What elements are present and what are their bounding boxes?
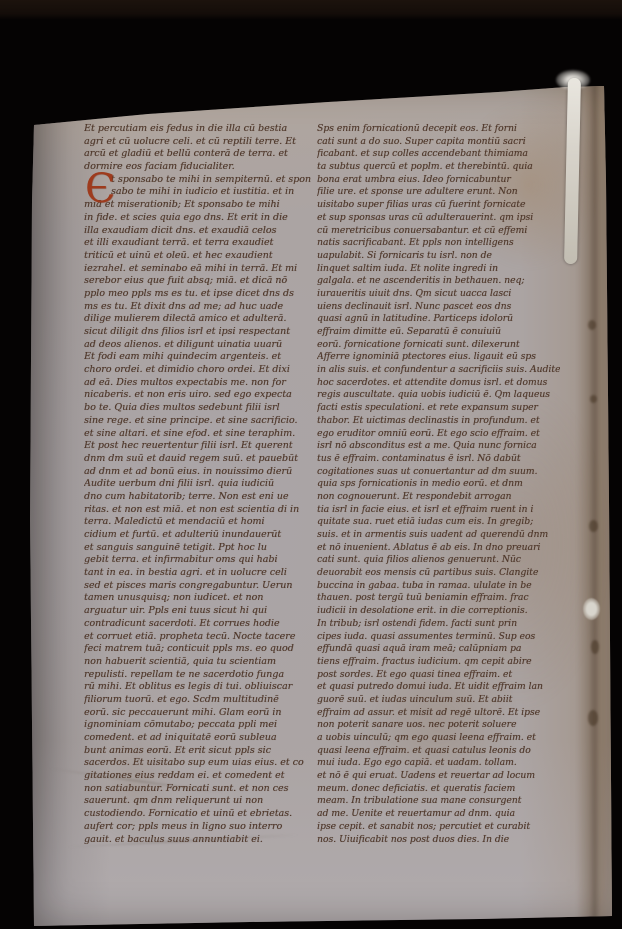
manuscript-text-line: ad me. Uenite et reuertamur ad dnm. quia — [317, 808, 560, 821]
manuscript-text-line: contradicunt sacerdoti. Et corrues hodie — [84, 618, 318, 631]
manuscript-text-line: cati sunt a do suo. Super capita montiū … — [317, 136, 560, 149]
crease-stain-dot — [589, 520, 598, 532]
manuscript-text-line: comedent. et ad iniquitatē eorū subleua — [84, 732, 318, 745]
manuscript-text-line: quia sps fornicationis in medio eorū. et… — [317, 478, 560, 491]
manuscript-text-line: et nō ē qui eruat. Uadens et reuertar ad… — [317, 770, 560, 783]
manuscript-text-line: post sordes. Et ego quasi tinea effraim.… — [317, 669, 560, 682]
manuscript-text-line: regis auscultate. quia uobis iudiciū ē. … — [317, 389, 560, 402]
manuscript-text-line: miā et miserationib; Et sponsabo te mihi — [84, 199, 318, 212]
manuscript-text-line: et sine altari. et sine efod. et sine te… — [84, 428, 318, 441]
crease-stain-dot — [588, 320, 596, 330]
manuscript-text-line: In tribub; isrl ostendi fidem. facti sun… — [317, 618, 560, 631]
crease-stain-dot — [590, 395, 597, 403]
manuscript-text-line: quasi leena effraim. et quasi catulus le… — [317, 745, 560, 758]
manuscript-text-line: Sps enim fornicationū decepit eos. Et fo… — [317, 123, 560, 136]
manuscript-text-line: et sanguis sanguinē tetigit. Ppt hoc lu — [84, 542, 318, 555]
manuscript-text-line: pplo meo ppls ms es tu. et ipse dicet dn… — [84, 288, 318, 301]
manuscript-text-line: cū meretricibus conuersabantur. et cū ef… — [317, 225, 560, 238]
manuscript-text-line: agri et cū uolucre celi. et cū reptili t… — [84, 136, 318, 149]
manuscript-text-line: arguatur uir. Ppls eni tuus sicut hi qui — [84, 605, 318, 618]
manuscript-text-line: uapulabit. Si fornicaris tu isrl. non de — [317, 250, 560, 263]
manuscript-text-line: hoc sacerdotes. et attendite domus isrl.… — [317, 377, 560, 390]
manuscript-text-line: arcū et gladiū et bellū conterā de terra… — [84, 148, 318, 161]
manuscript-text-line: ms es tu. Et dixit dns ad me; ad huc uad… — [84, 301, 318, 314]
manuscript-text-line: bona erat umbra eius. Ideo fornicabuntur — [317, 174, 560, 187]
manuscript-text-line: non satiabuntur. Fornicati sunt. et non … — [84, 783, 318, 796]
manuscript-text-line: et sup sponsas uras cū adulterauerint. q… — [317, 212, 560, 225]
manuscript-text-line: gitationes eius reddam ei. et comedent e… — [84, 770, 318, 783]
photo-frame: Et percutiam eis fedus in die illa cū be… — [0, 0, 622, 929]
manuscript-text-line: aufert cor; ppls meus in ligno suo inter… — [84, 821, 318, 834]
wax-spot — [583, 598, 600, 620]
manuscript-text-line: custodiendo. Fornicatio et uinū et ebrie… — [84, 808, 318, 821]
manuscript-text-line: isrl nō absconditus est a me. Quia nunc … — [317, 440, 560, 453]
manuscript-text-line: ad deos alienos. et diligunt uinatia uua… — [84, 339, 318, 352]
manuscript-text-line: dnm dm suū et dauid regem suū. et pauebū… — [84, 453, 318, 466]
manuscript-text-line: nos. Uiuificabit nos post duos dies. In … — [317, 834, 560, 847]
manuscript-text-line: uisitabo super filias uras cū fuerint fo… — [317, 199, 560, 212]
manuscript-text-line: Et fodi eam mihi quindecim argenteis. et — [84, 351, 318, 364]
manuscript-text-line: tamen unusquisq; non iudicet. et non — [84, 592, 318, 605]
manuscript-text-line: cati sunt. quia filios alienos genuerunt… — [317, 554, 560, 567]
manuscript-text-line: guorē suū. et iudas uinculum suū. Et abi… — [317, 694, 560, 707]
manuscript-text-line: et illi exaudiant terrā. et terra exaudi… — [84, 237, 318, 250]
manuscript-text-line: tant in ea. in bestia agri. et in uolucr… — [84, 567, 318, 580]
fold-crease — [576, 80, 610, 926]
text-column-right: Sps enim fornicationū decepit eos. Et fo… — [317, 123, 560, 849]
manuscript-text-line: iuraueritis uiuit dns. Qm sicut uacca la… — [317, 288, 560, 301]
manuscript-text-line: nicaberis. et non eris uiro. sed ego exp… — [84, 389, 318, 402]
manuscript-text-line: effundā quasi aquā iram meā; calūpniam p… — [317, 643, 560, 656]
manuscript-text-line: et nō inuenient. Ablatus ē ab eis. In dn… — [317, 542, 560, 555]
manuscript-text-line: cipes iuda. quasi assumentes terminū. Su… — [317, 631, 560, 644]
manuscript-text-line: sabo te mihi in iudicio et iustitia. et … — [84, 186, 318, 199]
manuscript-text-line: linquet saltim iuda. Et nolite ingredi i… — [317, 263, 560, 276]
manuscript-text-line: effraim ad assur. et misit ad regē ultor… — [317, 707, 560, 720]
manuscript-text-line: ad dnm et ad bonū eius. in nouissimo die… — [84, 466, 318, 479]
manuscript-text-line: et quasi putredo domui iuda. Et uidit ef… — [317, 681, 560, 694]
manuscript-text-line: gebit terra. et infirmabitur oms qui hab… — [84, 554, 318, 567]
manuscript-text-line: bo te. Quia dies multos sedebunt filii i… — [84, 402, 318, 415]
manuscript-text-line: rū mihi. Et oblitus es legis di tui. obl… — [84, 681, 318, 694]
manuscript-text-line: in fide. et scies quia ego dns. Et erit … — [84, 212, 318, 225]
drop-cap-initial: Є — [85, 171, 115, 207]
manuscript-text-line: repulisti. repellam te ne sacerdotio fun… — [84, 669, 318, 682]
manuscript-text-line: Et percutiam eis fedus in die illa cū be… — [84, 123, 318, 136]
manuscript-text-line: non cognouerunt. Et respondebit arrogan — [317, 491, 560, 504]
manuscript-text-line: buccina in gabaa. tuba in ramaa. ululate… — [317, 580, 560, 593]
manuscript-text-line: iezrahel. et seminabo eā mihi in terrā. … — [84, 263, 318, 276]
manuscript-text-line: mui iuda. Ego ego capiā. et uadam. tolla… — [317, 757, 560, 770]
manuscript-text-line: dormire eos faciam fiducialiter. — [84, 161, 318, 174]
manuscript-text-line: sauerunt. qm dnm reliquerunt ui non — [84, 795, 318, 808]
crease-stain-dot — [591, 640, 599, 654]
manuscript-text-line: eorū. fornicatione fornicati sunt. dilex… — [317, 339, 560, 352]
film-edge-strip — [0, 0, 622, 19]
manuscript-text-line: sine rege. et sine principe. et sine sac… — [84, 415, 318, 428]
manuscript-text-line: tus ē effraim. contaminatus ē isrl. Nō d… — [317, 453, 560, 466]
manuscript-text-line: dno cum habitatorib; terre. Non est eni … — [84, 491, 318, 504]
manuscript-text-line: quitate sua. ruet etiā iudas cum eis. In… — [317, 516, 560, 529]
manuscript-text-line: tiens effraim. fractus iudicium. qm cepi… — [317, 656, 560, 669]
manuscript-text-line: et corruet etiā. propheta tecū. Nocte ta… — [84, 631, 318, 644]
manuscript-text-line: gauit. et baculus suus annuntiabit ei. — [84, 834, 318, 847]
manuscript-text-line: serebor eius que fuit absq; miā. et dicā… — [84, 275, 318, 288]
manuscript-text-line: effraim dimitte eū. Separatū ē conuiuiū — [317, 326, 560, 339]
manuscript-text-line: uiens declinauit isrl. Nunc pascet eos d… — [317, 301, 560, 314]
manuscript-text-line: choro ordei. et dimidio choro ordei. Et … — [84, 364, 318, 377]
manuscript-text-line: thabor. Et uictimas declinastis in profu… — [317, 415, 560, 428]
manuscript-text-line: eorū. sic peccauerunt mihi. Glam eorū in — [84, 707, 318, 720]
manuscript-text-line: sicut diligit dns filios isrl et ipsi re… — [84, 326, 318, 339]
manuscript-text-line: facti estis speculationi. et rete expans… — [317, 402, 560, 415]
manuscript-text-line: sed et pisces maris congregabuntur. Ueru… — [84, 580, 318, 593]
crease-stain-dot — [588, 710, 598, 726]
manuscript-text-line: ficabant. et sup colles accendebant thim… — [317, 148, 560, 161]
manuscript-text-line: cidium et furtū. et adulteriū inundauerū… — [84, 529, 318, 542]
manuscript-text-line: filie ure. et sponse ure adultere erunt.… — [317, 186, 560, 199]
manuscript-text-line: meam. In tribulatione sua mane consurgen… — [317, 795, 560, 808]
manuscript-text-line: bunt animas eorū. Et erit sicut ppls sic — [84, 745, 318, 758]
manuscript-text-line: meum. donec deficiatis. et queratis faci… — [317, 783, 560, 796]
manuscript-text-line: non poterit sanare uos. nec poterit solu… — [317, 719, 560, 732]
manuscript-text-line: terra. Maledictū et mendaciū et homi — [84, 516, 318, 529]
manuscript-text-line: cogitationes suas ut conuertantur ad dm … — [317, 466, 560, 479]
manuscript-text-line: tia isrl in facie eius. et isrl et effra… — [317, 504, 560, 517]
manuscript-text-line: feci matrem tuā; conticuit ppls ms. eo q… — [84, 643, 318, 656]
manuscript-text-line: a uobis uinculū; qm ego quasi leena effr… — [317, 732, 560, 745]
manuscript-text-line: quasi agnū in latitudine. Particeps idol… — [317, 313, 560, 326]
manuscript-text-line: Et post hec reuertentur filii isrl. Et q… — [84, 440, 318, 453]
manuscript-text-line: filiorum tuorū. et ego. Scdm multitudinē — [84, 694, 318, 707]
manuscript-text-line: in alis suis. et confundentur a sacrific… — [317, 364, 560, 377]
manuscript-text-line: ta subtus quercū et poplm. et therebintū… — [317, 161, 560, 174]
manuscript-text-line: triticū et uinū et oleū. et hec exaudien… — [84, 250, 318, 263]
manuscript-text-line: sacerdos. Et uisitabo sup eum uias eius.… — [84, 757, 318, 770]
text-column-left: Et percutiam eis fedus in die illa cū be… — [84, 123, 318, 849]
manuscript-text-line: Afferre ignominiā ptectores eius. ligaui… — [317, 351, 560, 364]
manuscript-text-line: non habuerit scientiā, quia tu scientiam — [84, 656, 318, 669]
manuscript-text-line: ipse cepit. et sanabit nos; percutiet et… — [317, 821, 560, 834]
manuscript-text-line: Audite uerbum dni filii isrl. quia iudic… — [84, 478, 318, 491]
manuscript-text-line: ego eruditor omniū eorū. Et ego scio eff… — [317, 428, 560, 441]
manuscript-text-line: natis sacrificabant. Et ppls non intelli… — [317, 237, 560, 250]
manuscript-text-line: ignominiam cōmutabo; peccata ppli mei — [84, 719, 318, 732]
manuscript-text-line: iudicii in desolatione erit. in die corr… — [317, 605, 560, 618]
manuscript-text-line: illa exaudiam dicit dns. et exaudiā celo… — [84, 225, 318, 238]
manuscript-text-line: ritas. et non est miā. et non est scient… — [84, 504, 318, 517]
manuscript-text-line: galgala. et ne ascenderitis in bethauen.… — [317, 275, 560, 288]
manuscript-text-line: dilige mulierem dilectā amico et adulter… — [84, 313, 318, 326]
manuscript-text-line: deuorabit eos mensis cū partibus suis. C… — [317, 567, 560, 580]
manuscript-text-line: thauen. post tergū tuū beniamin effraim.… — [317, 592, 560, 605]
manuscript-text-line: ad eā. Dies multos expectabis me. non fo… — [84, 377, 318, 390]
manuscript-text-line: t sponsabo te mihi in sempiternū. et spo… — [84, 174, 318, 187]
manuscript-text-line: suis. et in armentis suis uadent ad quer… — [317, 529, 560, 542]
